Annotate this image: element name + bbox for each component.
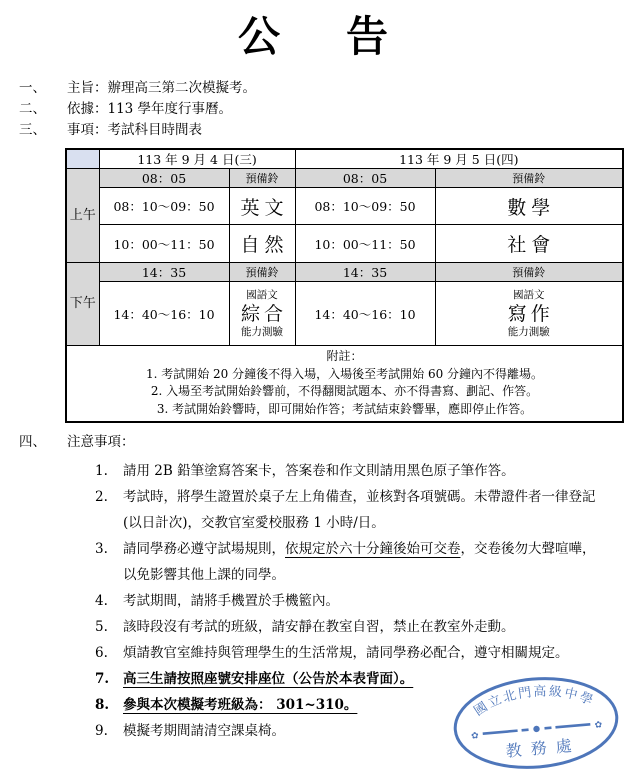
corner-cell: [66, 149, 99, 169]
table-notes-cell: 附註： 1. 考試開始 20 分鐘後不得入場，入場後至考試開始 60 分鐘內不得…: [66, 346, 623, 422]
section-text: 依據：113 學年度行事曆。: [67, 99, 626, 120]
item-text: 請同學務必遵守試場規則，依規定於六十分鐘後始可交卷，交卷後勿大聲喧嘩，以免影響其…: [123, 536, 607, 588]
bell-time-cell: 08：05: [99, 169, 229, 188]
item-text-underlined: 依規定於六十分鐘後始可交卷: [285, 541, 461, 557]
notes-title: 附註：: [67, 348, 622, 366]
item-number: 7.: [95, 666, 123, 692]
item-text: 該時段沒有考試的班級，請安靜在教室自習，禁止在教室外走動。: [123, 614, 607, 640]
item-number: 4.: [95, 588, 123, 614]
official-stamp: 國立北門高級中學 ✿ ✿ 教務處: [447, 669, 625, 772]
section-text: 注意事項：: [67, 432, 626, 453]
bell-label-cell: 預備鈴: [229, 169, 295, 188]
section-number: 三、: [0, 120, 67, 141]
subject-cell-english: 英文: [229, 188, 295, 225]
item-number: 1.: [95, 458, 123, 484]
section-basis: 二、 依據：113 學年度行事曆。: [0, 99, 626, 120]
section-number: 二、: [0, 99, 67, 120]
subject-cell-math: 數學: [435, 188, 623, 225]
period-morning-cell: 上午: [66, 169, 99, 263]
bell-label-cell: 預備鈴: [229, 263, 295, 282]
stamp-divider-line: [544, 728, 551, 729]
plum-blossom-icon: ✿: [471, 731, 480, 742]
subject-cell-social: 社會: [435, 225, 623, 263]
section-attention: 四、 注意事項：: [0, 432, 626, 453]
time-cell: 10：00～11：50: [99, 225, 229, 263]
section-matter: 三、 事項：考試科目時間表: [0, 120, 626, 141]
subject-line: 能力測驗: [436, 326, 623, 339]
stamp-office-name: 教務處: [505, 735, 581, 760]
item-number: 5.: [95, 614, 123, 640]
attention-item-1: 1. 請用 2B 鉛筆塗寫答案卡，答案卷和作文則請用黑色原子筆作答。: [0, 458, 607, 484]
item-number: 2.: [95, 484, 123, 536]
section-text: 事項：考試科目時間表: [67, 120, 626, 141]
exam-schedule-table: 113 年 9 月 4 日(三) 113 年 9 月 5 日(四) 上午 08：…: [65, 148, 624, 423]
section-text: 主旨：辦理高三第二次模擬考。: [67, 78, 626, 99]
subject-line: 寫作: [436, 302, 623, 326]
section-number: 一、: [0, 78, 67, 99]
item-number: 8.: [95, 692, 123, 718]
item-number: 6.: [95, 640, 123, 666]
item-number: 3.: [95, 536, 123, 588]
item-number: 9.: [95, 718, 123, 744]
announcement-page: { "title": {"chars": ["公", "告"]}, "secti…: [0, 0, 626, 772]
attention-item-5: 5. 該時段沒有考試的班級，請安靜在教室自習，禁止在教室外走動。: [0, 614, 607, 640]
stamp-graphic: 國立北門高級中學 ✿ ✿ 教務處: [447, 669, 625, 772]
bell-time-cell: 08：05: [295, 169, 435, 188]
stamp-divider-line: [483, 731, 518, 734]
item-text-pre: 請同學務必遵守試場規則，: [123, 541, 285, 557]
title-char-1: 公: [238, 16, 280, 58]
stamp-divider-line: [555, 724, 590, 727]
subject-cell-chinese-comprehensive: 國語文 綜合 能力測驗: [229, 282, 295, 346]
time-cell: 08：10～09：50: [295, 188, 435, 225]
subject-cell-chinese-writing: 國語文 寫作 能力測驗: [435, 282, 623, 346]
period-afternoon-cell: 下午: [66, 263, 99, 346]
stamp-divider-line: [522, 730, 529, 731]
subject-cell-science: 自然: [229, 225, 295, 263]
time-cell: 08：10～09：50: [99, 188, 229, 225]
bell-label-cell: 預備鈴: [435, 169, 623, 188]
stamp-center-dot: [533, 726, 540, 733]
note-item: 3. 考試開始鈴響時，即可開始作答；考試結束鈴響畢，應即停止作答。: [67, 401, 622, 419]
attention-item-2: 2. 考試時，將學生證置於桌子左上角備查，並核對各項號碼。未帶證件者一律登記(以…: [0, 484, 607, 536]
item-text: 請用 2B 鉛筆塗寫答案卡，答案卷和作文則請用黑色原子筆作答。: [123, 458, 607, 484]
time-cell: 14：40～16：10: [295, 282, 435, 346]
subject-line: 國語文: [436, 289, 623, 302]
plum-blossom-icon: ✿: [594, 720, 603, 731]
note-item: 1. 考試開始 20 分鐘後不得入場，入場後至考試開始 60 分鐘內不得離場。: [67, 366, 622, 384]
bell-label-cell: 預備鈴: [435, 263, 623, 282]
item-text: 煩請教官室維持與管理學生的生活常規，請同學務必配合，遵守相關規定。: [123, 640, 607, 666]
section-number: 四、: [0, 432, 67, 453]
attention-item-3: 3. 請同學務必遵守試場規則，依規定於六十分鐘後始可交卷，交卷後勿大聲喧嘩，以免…: [0, 536, 607, 588]
bell-time-cell: 14：35: [99, 263, 229, 282]
time-cell: 10：00～11：50: [295, 225, 435, 263]
time-cell: 14：40～16：10: [99, 282, 229, 346]
date-header-day1: 113 年 9 月 4 日(三): [99, 149, 295, 169]
page-title: 公 告: [0, 12, 626, 62]
item-text: 考試時，將學生證置於桌子左上角備查，並核對各項號碼。未帶證件者一律登記(以日計次…: [123, 484, 607, 536]
subject-line: 國語文: [230, 289, 295, 302]
attention-item-6: 6. 煩請教官室維持與管理學生的生活常規，請同學務必配合，遵守相關規定。: [0, 640, 607, 666]
section-subject: 一、 主旨：辦理高三第二次模擬考。: [0, 78, 626, 99]
subject-line: 綜合: [230, 302, 295, 326]
subject-line: 能力測驗: [230, 326, 295, 339]
title-char-2: 告: [346, 16, 388, 58]
date-header-day2: 113 年 9 月 5 日(四): [295, 149, 623, 169]
stamp-school-name: 國立北門高級中學: [470, 678, 598, 719]
bell-time-cell: 14：35: [295, 263, 435, 282]
item-text: 考試期間，請將手機置於手機籃內。: [123, 588, 607, 614]
attention-item-4: 4. 考試期間，請將手機置於手機籃內。: [0, 588, 607, 614]
note-item: 2. 入場至考試開始鈴響前，不得翻閱試題本、亦不得書寫、劃記、作答。: [67, 383, 622, 401]
top-sections: 一、 主旨：辦理高三第二次模擬考。 二、 依據：113 學年度行事曆。 三、 事…: [0, 78, 626, 141]
